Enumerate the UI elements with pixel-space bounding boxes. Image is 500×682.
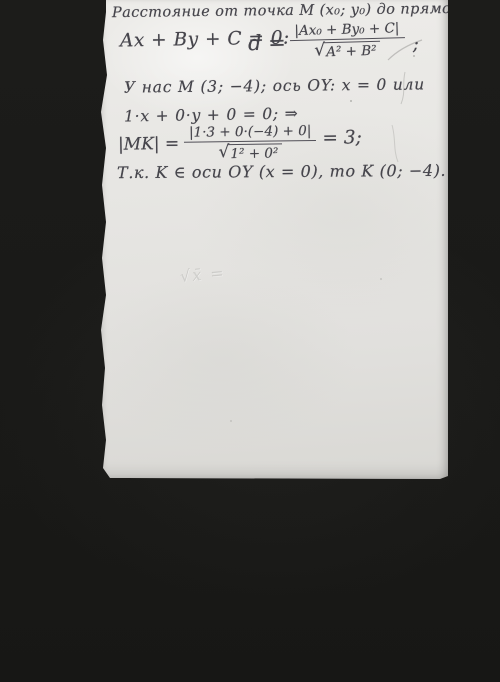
paper-speck bbox=[350, 100, 352, 102]
paper-impression-mark: √x̄ = bbox=[179, 263, 226, 286]
calc-numerator: |1·3 + 0·(−4) + 0| bbox=[184, 123, 317, 143]
d-label: d = bbox=[248, 30, 290, 55]
calculation-line: |MK| = |1·3 + 0·(−4) + 0| √ 1² + 0² = 3; bbox=[118, 122, 362, 163]
pencil-scribble bbox=[380, 30, 450, 170]
calc-radicand: 1² + 0² bbox=[228, 143, 282, 162]
paper-sheet: Расстояние от точка M (x₀; y₀) до прямой… bbox=[100, 0, 448, 479]
calculation-fraction: |1·3 + 0·(−4) + 0| √ 1² + 0² bbox=[184, 123, 317, 163]
expanded-equation-line: 1·x + 0·y + 0 = 0; ⇒ bbox=[124, 104, 299, 125]
calc-result: = 3; bbox=[316, 127, 362, 157]
calc-denominator: √ 1² + 0² bbox=[184, 141, 317, 163]
mk-label: |MK| = bbox=[118, 134, 184, 155]
note-title-line: Расстояние от точка M (x₀; y₀) до прямой bbox=[112, 1, 461, 21]
formula-radicand: A² + B² bbox=[324, 41, 381, 60]
scanner-background: Расстояние от точка M (x₀; y₀) до прямой… bbox=[0, 0, 500, 682]
